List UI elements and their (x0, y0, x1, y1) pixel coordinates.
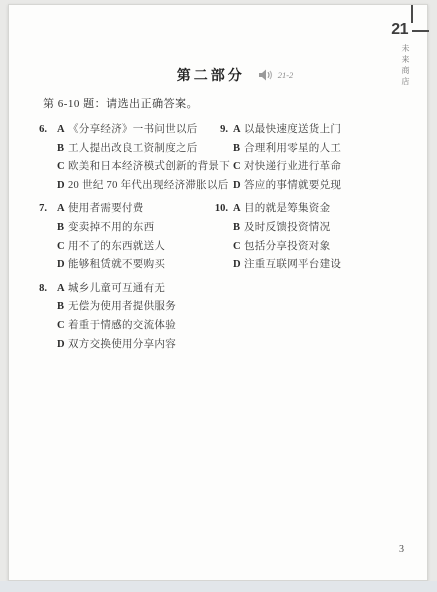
option-row: C 欧美和日本经济模式创新的背景下 (27, 158, 209, 177)
option-letter: C (57, 161, 68, 172)
option-row: D 20 世纪 70 年代出现经济滞胀以后 (27, 177, 209, 196)
option-row: D 双方交换使用分享内容 (27, 336, 209, 355)
option-text: 欧美和日本经济模式创新的背景下 (68, 158, 230, 173)
question-item: 9. A 以最快速度送货上门 B 合理利用零星的人工 C 对快递行业进行革命 D… (208, 121, 408, 195)
option-text: 20 世纪 70 年代出现经济滞胀以后 (68, 177, 229, 192)
audio-track-label: 21-2 (278, 70, 294, 80)
option-letter: B (57, 222, 68, 233)
question-number: 6. (27, 124, 47, 135)
speaker-icon (259, 69, 274, 81)
option-text: 着重于情感的交流体验 (68, 317, 176, 332)
question-item: 10. A 目的就是筹集资金 B 及时反馈投资情况 C 包括分享投资对象 D 注… (208, 200, 408, 274)
option-text: 《分享经济》一书问世以后 (68, 121, 198, 136)
option-text: 答应的事情就要兑现 (244, 177, 341, 192)
questions-left-column: 6. A 《分享经济》一书问世以后 B 工人提出改良工资制度之后 C 欧美和日本… (27, 121, 209, 359)
option-text: 及时反馈投资情况 (244, 219, 330, 234)
option-letter: C (233, 161, 244, 172)
audio-group: 21-2 (259, 69, 294, 81)
option-letter: A (233, 124, 244, 135)
option-row: B 无偿为使用者提供服务 (27, 298, 209, 317)
option-text: 注重互联网平台建设 (244, 256, 341, 271)
option-row: 7. A 使用者需要付费 (27, 200, 209, 219)
option-row: D 注重互联网平台建设 (208, 256, 408, 275)
chapter-number: 21 (391, 22, 408, 38)
option-row: D 能够租赁就不要购买 (27, 256, 209, 275)
question-item: 6. A 《分享经济》一书问世以后 B 工人提出改良工资制度之后 C 欧美和日本… (27, 121, 209, 195)
option-row: 10. A 目的就是筹集资金 (208, 200, 408, 219)
option-letter: B (57, 143, 68, 154)
option-row: B 工人提出改良工资制度之后 (27, 140, 209, 159)
section-title-row: 第二部分 21-2 (9, 65, 427, 85)
option-text: 以最快速度送货上门 (244, 121, 341, 136)
option-text: 用不了的东西就送人 (68, 238, 165, 253)
option-row: D 答应的事情就要兑现 (208, 177, 408, 196)
question-item: 7. A 使用者需要付费 B 变卖掉不用的东西 C 用不了的东西就送人 D 能够… (27, 200, 209, 274)
option-letter: D (233, 180, 244, 191)
option-row: B 变卖掉不用的东西 (27, 219, 209, 238)
option-letter: C (57, 241, 68, 252)
option-row: C 着重于情感的交流体验 (27, 317, 209, 336)
option-text: 对快递行业进行革命 (244, 158, 341, 173)
option-row: C 对快递行业进行革命 (208, 158, 408, 177)
question-number: 10. (208, 203, 228, 214)
instruction-text: 第 6-10 题：请选出正确答案。 (43, 95, 198, 111)
option-text: 双方交换使用分享内容 (68, 336, 176, 351)
option-letter: B (57, 301, 68, 312)
page-number: 3 (399, 544, 404, 555)
question-item: 8. A 城乡儿童可互通有无 B 无偿为使用者提供服务 C 着重于情感的交流体验… (27, 280, 209, 354)
questions-right-column: 9. A 以最快速度送货上门 B 合理利用零星的人工 C 对快递行业进行革命 D… (208, 121, 408, 280)
option-letter: C (57, 320, 68, 331)
option-letter: D (57, 259, 68, 270)
option-row: B 及时反馈投资情况 (208, 219, 408, 238)
option-text: 城乡儿童可互通有无 (68, 280, 165, 295)
option-text: 使用者需要付费 (68, 200, 144, 215)
tab-tick-line (411, 5, 413, 23)
option-text: 变卖掉不用的东西 (68, 219, 154, 234)
scan-bottom-margin (0, 581, 437, 592)
option-text: 工人提出改良工资制度之后 (68, 140, 198, 155)
option-row: 8. A 城乡儿童可互通有无 (27, 280, 209, 299)
option-letter: B (233, 222, 244, 233)
option-letter: C (233, 241, 244, 252)
option-row: B 合理利用零星的人工 (208, 140, 408, 159)
document-page: 21 未来商店 第二部分 21-2 第 6-10 题：请选出正确答案。 6. A… (8, 4, 428, 581)
option-letter: D (57, 339, 68, 350)
option-text: 无偿为使用者提供服务 (68, 298, 176, 313)
option-letter: D (233, 259, 244, 270)
question-number: 9. (208, 124, 228, 135)
tab-rule-line (412, 30, 429, 32)
option-letter: A (57, 124, 68, 135)
option-text: 合理利用零星的人工 (244, 140, 341, 155)
option-row: C 用不了的东西就送人 (27, 238, 209, 257)
option-row: C 包括分享投资对象 (208, 238, 408, 257)
option-text: 目的就是筹集资金 (244, 200, 330, 215)
option-letter: D (57, 180, 68, 191)
option-text: 能够租赁就不要购买 (68, 256, 165, 271)
question-number: 7. (27, 203, 47, 214)
option-row: 9. A 以最快速度送货上门 (208, 121, 408, 140)
option-text: 包括分享投资对象 (244, 238, 330, 253)
option-row: 6. A 《分享经济》一书问世以后 (27, 121, 209, 140)
question-number: 8. (27, 283, 47, 294)
option-letter: A (57, 283, 68, 294)
option-letter: A (233, 203, 244, 214)
option-letter: A (57, 203, 68, 214)
option-letter: B (233, 143, 244, 154)
section-title: 第二部分 (177, 65, 245, 85)
